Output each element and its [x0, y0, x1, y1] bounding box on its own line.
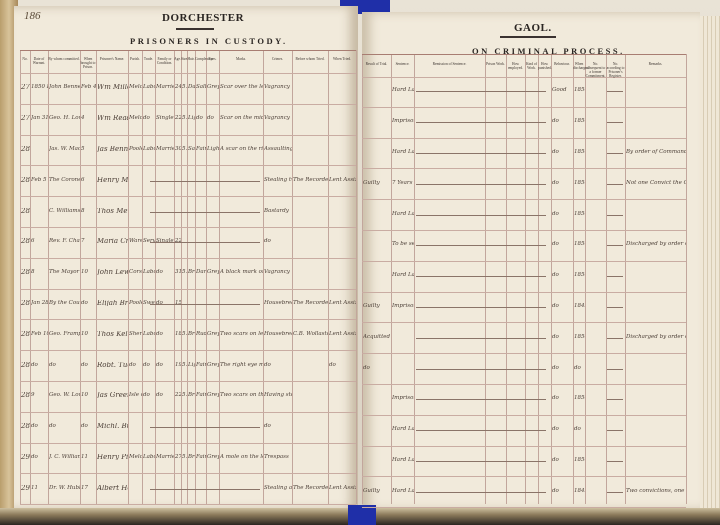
- cell-marks: A black mark on finger of left arm: [220, 269, 263, 275]
- cell-crime: Bastardy: [264, 208, 292, 214]
- cell-sentence: Hard Labor 1 Calendar Month: [392, 426, 414, 432]
- cell-no: 285: [21, 300, 30, 306]
- cell-by-whom: Rev. F. Chamber: [49, 238, 80, 244]
- cell-when: 10: [81, 392, 96, 398]
- cell-when: 11: [81, 454, 96, 460]
- header-bottom-rule: [362, 77, 686, 78]
- column-header: Remarks.: [625, 62, 686, 66]
- cell-remarks: Two convictions, one previous: [626, 488, 686, 494]
- column-rule: [362, 54, 363, 504]
- cell-sentence: Hard Labor 1 Calendar Month: [392, 149, 414, 155]
- cell-crime: Having stolen some Furze: [264, 392, 292, 398]
- cell-age: 22: [175, 392, 181, 398]
- cell-no: 282: [21, 208, 30, 214]
- cell-name: John Lewis: [97, 269, 128, 275]
- cell-name: Jas Green: [97, 392, 128, 398]
- row-rule: [362, 476, 686, 477]
- column-header: When brought to Prison.: [80, 57, 96, 69]
- cell-parish: Poole: [129, 146, 142, 152]
- cell-complexion: Fair: [196, 362, 206, 368]
- cell-no: 278: [21, 84, 30, 90]
- blank-dash: [150, 489, 260, 490]
- column-header: Age.: [174, 57, 181, 61]
- cell-sentence: Hard Labor 1 Calendar Month: [392, 457, 414, 463]
- row-rule: [20, 258, 356, 259]
- cell-when: do: [81, 362, 96, 368]
- cell-trade: Labourer: [143, 454, 155, 460]
- cell-crime: Stealing two Shillings: [264, 177, 292, 183]
- bookmark-ribbon-bottom: [348, 505, 376, 525]
- cell-by-whom: do: [49, 423, 80, 429]
- cell-crime: Vagrancy: [264, 269, 292, 275]
- cell-trade: Labourer: [143, 84, 155, 90]
- left-subtitle: PRISONERS IN CUSTODY.: [130, 36, 288, 46]
- column-header: Behaviour.: [551, 62, 573, 66]
- cell-by-whom: C. Williamson Esq.: [49, 208, 80, 214]
- column-header: By whom committed.: [48, 57, 80, 61]
- blank-dash: [607, 122, 623, 123]
- cell-name: Maria Crouch: [97, 238, 128, 244]
- title-rule-left: [176, 28, 214, 30]
- column-header: Before whom Tried.: [292, 57, 328, 61]
- cell-remarks: Discharged by order of the Rt. Hon. Secr…: [626, 241, 686, 247]
- cell-hair: Brown: [188, 392, 195, 398]
- cell-name: Wm Miller: [97, 84, 128, 90]
- cell-eyes: Grey: [207, 362, 219, 368]
- cell-before: The Recorder of Bridport Quarter Session…: [293, 177, 328, 183]
- cell-discharged: 1850 March 11: [574, 457, 585, 463]
- column-header: Trade.: [142, 57, 155, 61]
- cell-discharged: 1850 May 4: [574, 87, 585, 93]
- row-rule: [362, 261, 686, 262]
- row-rule: [362, 168, 686, 169]
- cell-no: 289: [21, 423, 30, 429]
- cell-sentence: Imprisonment 12 Calendar Months: [392, 303, 414, 309]
- cell-crime: Stealing a Coat: [264, 485, 292, 491]
- cell-when: 4: [81, 115, 96, 121]
- blank-dash: [150, 427, 260, 428]
- cell-behaviour: do: [552, 149, 573, 155]
- cell-age: 15: [175, 300, 181, 306]
- cell-behaviour: do: [552, 334, 573, 340]
- cell-before: The Recorder of the Borough: [293, 485, 328, 491]
- cell-by-whom: Geo. W. Lowes: [49, 392, 80, 398]
- cell-family: do: [156, 300, 174, 306]
- cell-date: 8: [31, 269, 48, 275]
- blank-dash: [150, 304, 260, 305]
- blank-dash: [416, 307, 546, 308]
- cell-name: Albert Henry: [97, 485, 128, 491]
- cell-by-whom: The Coroner for the Borough of Bridport: [49, 177, 80, 183]
- cell-complexion: Sallow: [196, 84, 206, 90]
- column-header: Kind of Work.: [525, 62, 538, 70]
- cell-name: Wm Read: [97, 115, 128, 121]
- cell-by-whom: J. C. Williamson Esq. & Williamson Esq.: [49, 454, 80, 460]
- cell-discharged: do: [574, 426, 585, 432]
- row-rule: [362, 446, 686, 447]
- cell-parish: do: [129, 362, 142, 368]
- row-rule: [20, 104, 356, 105]
- cell-when-tried: do: [329, 362, 356, 368]
- row-rule: [20, 165, 356, 166]
- blank-dash: [607, 184, 623, 185]
- row-rule: [20, 319, 356, 320]
- blank-dash: [607, 369, 623, 370]
- cell-date: do: [31, 423, 48, 429]
- cell-complexion: Fair: [196, 146, 206, 152]
- cell-date: 11: [31, 485, 48, 491]
- row-rule: [362, 292, 686, 293]
- cell-before: C.B. Wollaston Esq.: [293, 331, 328, 337]
- cell-eyes: Grey: [207, 331, 219, 337]
- row-rule: [20, 289, 356, 290]
- cell-when: 7: [81, 238, 96, 244]
- cell-result: do: [363, 365, 391, 371]
- cell-size: 5.6: [182, 362, 187, 368]
- cell-discharged: 1850 Feb 11: [574, 149, 585, 155]
- cell-trade: do: [143, 362, 155, 368]
- cell-when: 8: [81, 208, 96, 214]
- column-header: Family or Condition.: [155, 57, 174, 65]
- cell-eyes: Light brown: [207, 146, 219, 152]
- cell-size: 5.6: [182, 392, 187, 398]
- cell-by-whom: Jas. W. Mack Esq.: [49, 146, 80, 152]
- cell-family: Married: [156, 146, 174, 152]
- blank-dash: [416, 122, 546, 123]
- blank-dash: [607, 153, 623, 154]
- blank-dash: [416, 338, 546, 339]
- cell-size: 5.7: [182, 454, 187, 460]
- column-header: When discharged.: [573, 62, 585, 70]
- cell-remarks: Not one Convict the Captain Smith on Tra…: [626, 180, 686, 186]
- cell-trade: Labourer: [143, 146, 155, 152]
- cell-eyes: Grey: [207, 392, 219, 398]
- cell-family: do: [156, 331, 174, 337]
- cell-age: 31: [175, 269, 181, 275]
- cell-hair: Light brown: [188, 362, 195, 368]
- cell-age: 24: [175, 84, 181, 90]
- cell-parish: Melcombe Regis: [129, 84, 142, 90]
- cell-family: do: [156, 392, 174, 398]
- column-header: Sentence.: [391, 62, 414, 66]
- blank-dash: [607, 215, 623, 216]
- cell-by-whom: The Mayor of the Borough of Weymouth: [49, 269, 80, 275]
- cell-sentence: To be set to work 12 Months: [392, 241, 414, 247]
- blank-dash: [150, 212, 260, 213]
- cell-date: Jan 31: [31, 115, 48, 121]
- blank-dash: [607, 276, 623, 277]
- row-rule: [20, 135, 356, 136]
- cell-no: 288: [21, 392, 30, 398]
- cell-age: 27: [175, 454, 181, 460]
- cell-date: 1850 Feb 4: [31, 84, 48, 90]
- blank-dash: [607, 245, 623, 246]
- cell-crime: Housebreaking: [264, 300, 292, 306]
- cell-sentence: Imprisonment 3 Calendar Months: [392, 118, 414, 124]
- column-rule: [356, 50, 357, 504]
- cell-result: Guilty: [363, 488, 391, 494]
- cell-eyes: Grey: [207, 84, 219, 90]
- cell-marks: Scar on the middle finger of right hand: [220, 115, 263, 121]
- cell-family: Married: [156, 454, 174, 460]
- cell-crime: Housebreaking: [264, 331, 292, 337]
- cell-behaviour: Good: [552, 87, 573, 93]
- column-header: Prison Work.: [485, 62, 506, 66]
- row-rule: [20, 412, 356, 413]
- cell-crime: do: [264, 423, 292, 429]
- cell-by-whom: Geo. Frampton Esq.: [49, 331, 80, 337]
- title-rule-right: [500, 36, 556, 38]
- cell-crime: Assaulting a Constable: [264, 146, 292, 152]
- blank-dash: [607, 430, 623, 431]
- cell-name: Elijah Brown: [97, 300, 128, 306]
- page-number: 186: [24, 10, 41, 22]
- cell-eyes: Grey: [207, 454, 219, 460]
- right-title: GAOL.: [514, 22, 552, 34]
- cell-discharged: 1850 March 7: [574, 272, 585, 278]
- cell-result: Acquitted: [363, 334, 391, 340]
- cell-hair: Brown: [188, 454, 195, 460]
- cell-behaviour: do: [552, 241, 573, 247]
- column-header: Remission of Sentence.: [414, 62, 485, 66]
- cell-no: 291: [21, 485, 30, 491]
- cell-marks: Two scars on left forehead and an S on l…: [220, 331, 263, 337]
- row-rule: [362, 322, 686, 323]
- blank-dash: [607, 461, 623, 462]
- cell-behaviour: do: [552, 426, 573, 432]
- column-header: Result of Trial.: [362, 62, 391, 66]
- cell-parish: Wareham: [129, 238, 142, 244]
- cell-trade: Sweeper: [143, 300, 155, 306]
- column-header: Date of Warrant.: [30, 57, 48, 65]
- row-rule: [362, 384, 686, 385]
- cell-age: 22: [175, 238, 181, 244]
- cell-eyes: do: [207, 115, 219, 121]
- column-header: Eyes.: [206, 57, 219, 61]
- cell-family: Single: [156, 238, 174, 244]
- cell-no: 286: [21, 331, 30, 337]
- cell-result: Guilty: [363, 180, 391, 186]
- cell-by-whom: By the Court Dorchester Quarter Sessions…: [49, 300, 80, 306]
- cell-when: do: [81, 300, 96, 306]
- cell-name: Henry Pickard: [97, 454, 128, 460]
- column-header: Hair.: [187, 57, 195, 61]
- header-top-rule: [20, 50, 356, 51]
- blank-dash: [150, 181, 260, 182]
- cell-behaviour: do: [552, 211, 573, 217]
- cell-crime: do: [264, 238, 292, 244]
- cell-behaviour: do: [552, 488, 573, 494]
- column-rule: [328, 50, 329, 504]
- cell-discharged: do: [574, 365, 585, 371]
- cell-complexion: Fair: [196, 392, 206, 398]
- cell-no: 281: [21, 177, 30, 183]
- row-rule: [20, 443, 356, 444]
- blank-dash: [607, 399, 623, 400]
- column-header: Complexion.: [195, 57, 206, 61]
- cell-no: 279: [21, 115, 30, 121]
- cell-size: 5.6: [182, 269, 187, 275]
- cell-complexion: Ruddy: [196, 331, 206, 337]
- cell-discharged: 1850 May 3: [574, 118, 585, 124]
- column-header: No. according to Prisoner's Register.: [606, 62, 625, 78]
- header-bottom-rule: [20, 73, 356, 74]
- cell-before: The Recorder of Poole: [293, 300, 328, 306]
- cell-no: 280: [21, 146, 30, 152]
- cell-date: do: [31, 362, 48, 368]
- cell-when: 10: [81, 331, 96, 337]
- cell-date: Feb 5: [31, 177, 48, 183]
- cell-date: 9: [31, 392, 48, 398]
- cell-crime: Trespass: [264, 454, 292, 460]
- cell-when: 6: [81, 177, 96, 183]
- cell-remarks: Discharged by order of the Rt. Hon. Sec.…: [626, 334, 686, 340]
- blank-dash: [607, 338, 623, 339]
- cell-parish: Sherborne: [129, 331, 142, 337]
- blank-dash: [607, 91, 623, 92]
- cell-behaviour: do: [552, 365, 573, 371]
- blank-dash: [416, 245, 546, 246]
- cell-marks: A scar on the right side of forehead: [220, 146, 263, 152]
- cell-name: Thos Kelly: [97, 331, 128, 337]
- cell-discharged: 1849 April 29: [574, 303, 585, 309]
- cell-marks: A mole on the left cheek: [220, 454, 263, 460]
- cell-age: 19: [175, 362, 181, 368]
- cell-sentence: Imprisonment 1 Calendar Month: [392, 395, 414, 401]
- cell-family: do: [156, 362, 174, 368]
- cell-crime: Vagrancy: [264, 115, 292, 121]
- row-rule: [362, 507, 686, 508]
- cell-complexion: Dark: [196, 269, 206, 275]
- blank-dash: [416, 492, 546, 493]
- cell-no: 290: [21, 454, 30, 460]
- cell-crime: do: [264, 362, 292, 368]
- blank-dash: [607, 307, 623, 308]
- cell-parish: Melcombe: [129, 115, 142, 121]
- cell-crime: Vagrancy: [264, 84, 292, 90]
- cell-discharged: 1850 March 7: [574, 241, 585, 247]
- cell-trade: Servant: [143, 238, 155, 244]
- blank-dash: [416, 184, 546, 185]
- cell-hair: Brown: [188, 331, 195, 337]
- cell-size: 5.8: [182, 84, 187, 90]
- cell-by-whom: Dr. W. Huble: [49, 485, 80, 491]
- cell-behaviour: do: [552, 395, 573, 401]
- cell-when-tried: Lent Assizes 1850: [329, 485, 356, 491]
- cell-parish: Corsley: [129, 269, 142, 275]
- cell-trade: Labourer: [143, 331, 155, 337]
- cell-trade: do: [143, 392, 155, 398]
- column-header: How employed.: [506, 62, 525, 70]
- header-top-rule: [362, 54, 686, 55]
- cell-by-whom: John Bennett Esq. Justice of the Borough…: [49, 84, 80, 90]
- blank-dash: [416, 369, 546, 370]
- cell-size: 5.7: [182, 115, 187, 121]
- cell-behaviour: do: [552, 303, 573, 309]
- column-rule: [585, 54, 586, 504]
- cell-when: do: [81, 423, 96, 429]
- cell-sentence: Hard Labor 1 Calendar Month: [392, 87, 414, 93]
- row-rule: [20, 227, 356, 228]
- cell-sentence: Hard Labor 1 Calendar Month: [392, 272, 414, 278]
- cell-date: Jan 28: [31, 300, 48, 306]
- cell-date: 6: [31, 238, 48, 244]
- cell-no: 284: [21, 269, 30, 275]
- cell-name: Thos Mew: [97, 208, 128, 214]
- row-rule: [362, 353, 686, 354]
- blank-dash: [416, 153, 546, 154]
- cell-name: Robt. Tucker: [97, 362, 128, 368]
- blank-dash: [416, 399, 546, 400]
- row-rule: [20, 504, 356, 505]
- column-rule: [414, 54, 415, 504]
- cell-by-whom: do: [49, 362, 80, 368]
- column-header: Marks.: [219, 57, 263, 61]
- blank-dash: [416, 430, 546, 431]
- cell-marks: Two scars on the bottom of left hand: [220, 392, 263, 398]
- cell-discharged: 1850 Feb 16: [574, 334, 585, 340]
- cell-family: Married: [156, 84, 174, 90]
- cell-age: 30: [175, 146, 181, 152]
- cell-family: do: [156, 269, 174, 275]
- cell-behaviour: do: [552, 118, 573, 124]
- cell-sentence: 7 Years Transportation: [392, 180, 414, 186]
- row-rule: [20, 196, 356, 197]
- cell-discharged: 1849 Discharged: [574, 488, 585, 494]
- page-edges: [700, 16, 720, 510]
- cell-parish: Isle of Purbeck: [129, 392, 142, 398]
- row-rule: [362, 107, 686, 108]
- column-header: No.: [20, 57, 30, 61]
- cell-when: 10: [81, 269, 96, 275]
- cell-name: Henry Meech: [97, 177, 128, 183]
- cell-hair: Light brown: [188, 115, 195, 121]
- cell-name: Jas Bennett: [97, 146, 128, 152]
- cell-result: Guilty: [363, 303, 391, 309]
- cell-trade: Labourer: [143, 269, 155, 275]
- cell-sentence: Hard Labor 12 Calendar Months: [392, 488, 414, 494]
- cell-date: Feb 10: [31, 331, 48, 337]
- cell-discharged: 1850 March 9: [574, 395, 585, 401]
- cell-when-tried: Lent Assizes 1850: [329, 177, 356, 183]
- cell-hair: Dark brown: [188, 84, 195, 90]
- cell-marks: Scar over the left eye: [220, 84, 263, 90]
- cell-when: 17: [81, 485, 96, 491]
- column-rule: [686, 54, 687, 504]
- cell-name: Michl. Bucket: [97, 423, 128, 429]
- cell-when-tried: Lent Assizes 1850: [329, 300, 356, 306]
- column-rule: [292, 50, 293, 504]
- row-rule: [20, 350, 356, 351]
- blank-dash: [416, 276, 546, 277]
- column-header: No. subsequent to a former Commitment.: [585, 62, 606, 78]
- blank-dash: [416, 91, 546, 92]
- cell-no: 287: [21, 362, 30, 368]
- row-rule: [362, 138, 686, 139]
- cell-complexion: do: [196, 115, 206, 121]
- blank-dash: [607, 492, 623, 493]
- cell-trade: do: [143, 115, 155, 121]
- cell-marks: The right eye marked, and finger of righ…: [220, 362, 263, 368]
- blank-dash: [150, 242, 260, 243]
- column-header: Crimes.: [263, 57, 292, 61]
- column-header: How punished.: [538, 62, 551, 70]
- row-rule: [362, 415, 686, 416]
- cell-hair: Sandy: [188, 146, 195, 152]
- cell-when-tried: Lent Assizes 1850: [329, 331, 356, 337]
- blank-dash: [416, 215, 546, 216]
- cell-behaviour: do: [552, 457, 573, 463]
